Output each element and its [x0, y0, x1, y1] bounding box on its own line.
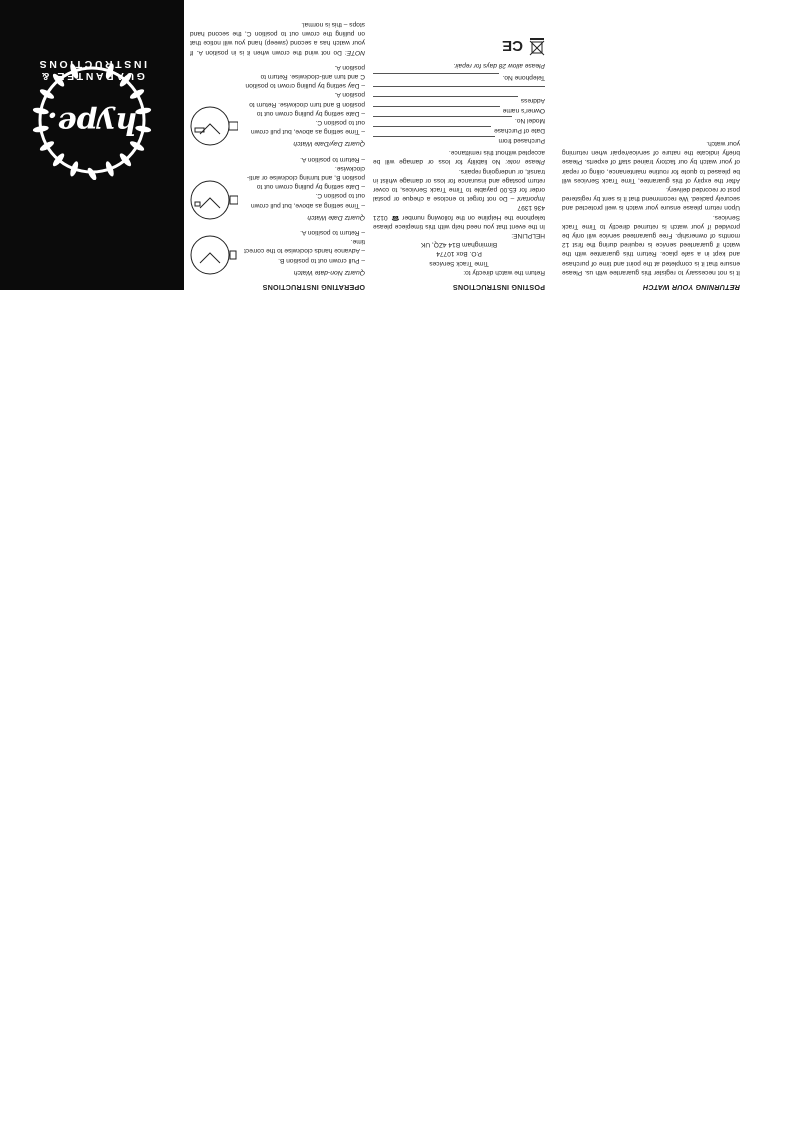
returning-your-watch: RETURNING YOUR WATCH It is not necessary…: [562, 139, 740, 292]
operating-note: NOTE: Do not wind the crown when it is i…: [190, 20, 365, 57]
form-date-of-purchase[interactable]: Date of Purchase: [373, 126, 545, 136]
guarantee-form: Purchased from Date of Purchase Model No…: [373, 73, 545, 146]
form-address[interactable]: Address: [373, 96, 545, 106]
cover-title: GUARANTEE & INSTRUCTIONS: [0, 58, 184, 82]
watch-non-date: Quartz Non-date Watch – Pull crown out t…: [190, 228, 365, 277]
watch-date: Quartz Date Watch – Time setting as abov…: [190, 154, 365, 221]
posting-instructions: POSTING INSTRUCTIONS Return the watch di…: [373, 34, 545, 292]
returning-heading: RETURNING YOUR WATCH: [562, 283, 740, 292]
form-address-line2[interactable]: [373, 86, 545, 96]
watch-dial-icon: [190, 233, 238, 277]
operating-heading: OPERATING INSTRUCTIONS: [190, 283, 365, 292]
form-purchased-from[interactable]: Purchased from: [373, 136, 545, 146]
posting-heading: POSTING INSTRUCTIONS: [373, 283, 545, 292]
compliance-marks: CE: [373, 34, 545, 57]
watch-dial-icon: [190, 178, 238, 222]
scanned-sheet: hype. GUARANTEE & INSTRUCTIONS OPERATING…: [0, 0, 802, 1134]
form-owners-name[interactable]: Owner's name: [373, 106, 545, 116]
brand-logo: hype.: [0, 105, 184, 140]
ce-mark-icon: CE: [502, 41, 523, 50]
watch-dial-icon: [190, 104, 238, 148]
watch-day-date: Quartz Day/Date Watch – Time setting as …: [190, 63, 365, 149]
cover-panel: hype. GUARANTEE & INSTRUCTIONS: [0, 0, 184, 290]
return-address: Time Track Services P.O. Box 10774 Birmi…: [373, 240, 545, 268]
form-model-no[interactable]: Model No.: [373, 116, 545, 126]
weee-bin-icon: [529, 34, 545, 57]
form-telephone[interactable]: Telephone No.: [373, 73, 545, 83]
repair-note: Please allow 28 days for repair.: [373, 61, 545, 70]
operating-instructions: OPERATING INSTRUCTIONS Quartz Non-date W…: [190, 20, 365, 292]
telephone-icon: ☎: [390, 214, 399, 221]
